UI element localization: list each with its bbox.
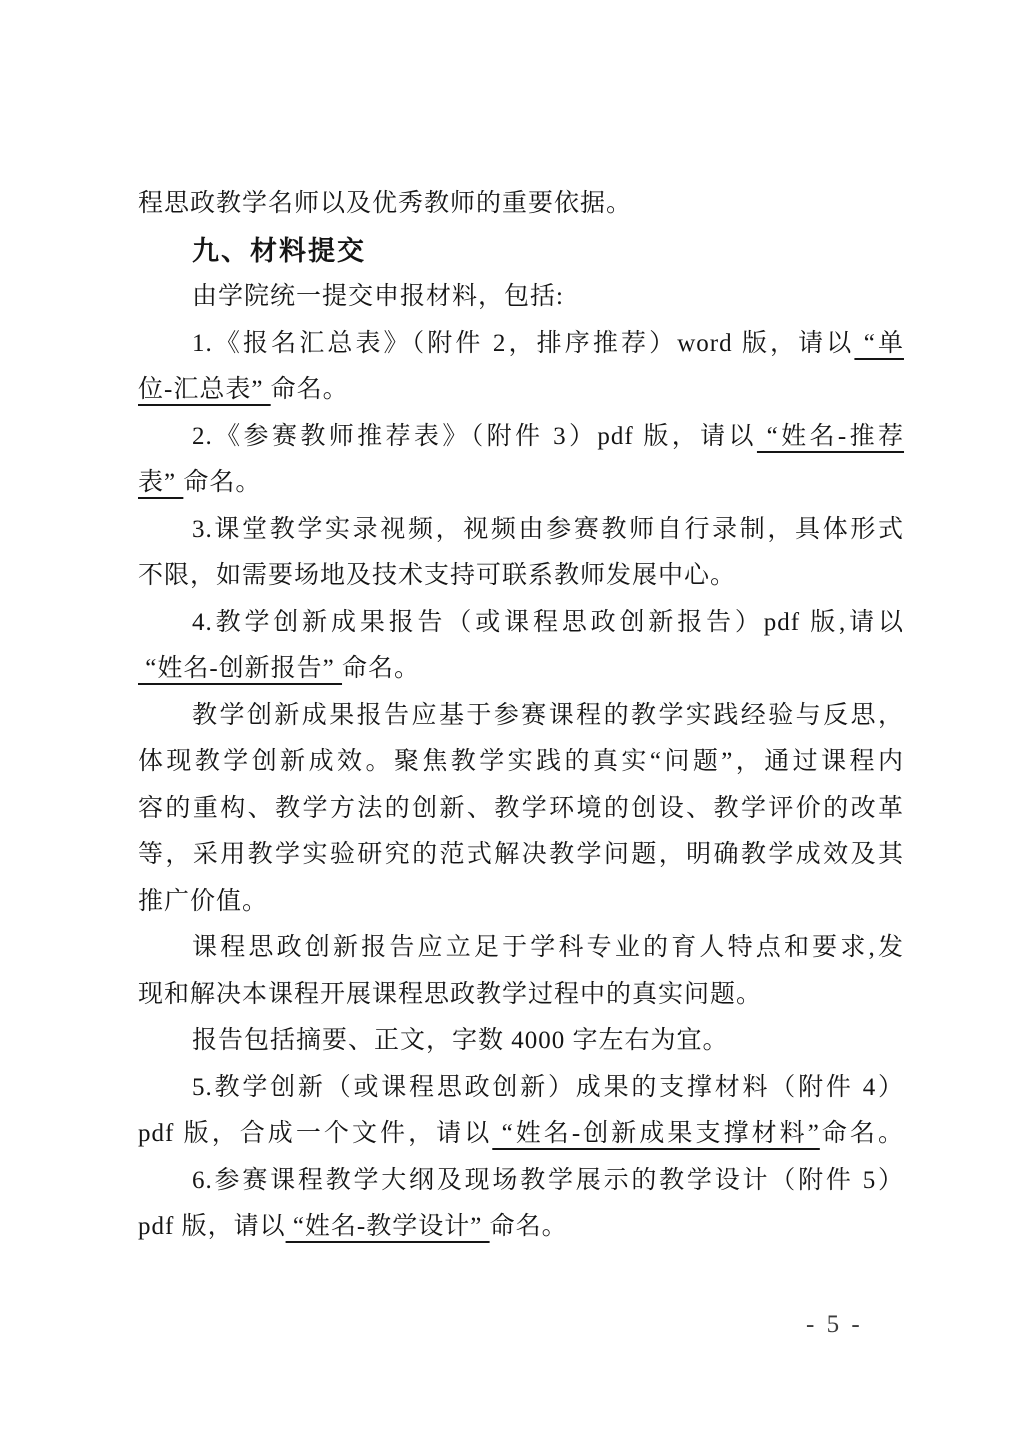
underlined-filename: 表” (138, 469, 183, 496)
text-line: 3.课堂教学实录视频，视频由参赛教师自行录制，具体形式 (138, 507, 904, 554)
page-number: - 5 - (806, 1311, 863, 1339)
text-segment: 命名。 (271, 376, 349, 403)
text-segment: 报告包括摘要、正文，字数 4000 字左右为宜。 (192, 1027, 729, 1054)
text-line: 程思政教学名师以及优秀教师的重要依据。 (138, 181, 904, 228)
text-segment: pdf 版，请以 (138, 1213, 286, 1240)
text-line: pdf 版，请以 “姓名-教学设计” 命名。 (138, 1204, 904, 1251)
text-line: 1.《报名汇总表》（附件 2，排序推荐）word 版，请以 “单 (138, 321, 904, 368)
underlined-filename: “姓名-创新报告” (138, 655, 342, 682)
text-line: 表” 命名。 (138, 460, 904, 507)
text-segment: 命名。 (342, 655, 420, 682)
text-line: “姓名-创新报告” 命名。 (138, 646, 904, 693)
text-line: 2.《参赛教师推荐表》（附件 3）pdf 版，请以 “姓名-推荐 (138, 414, 904, 461)
underlined-filename: “姓名-教学设计” (286, 1213, 490, 1240)
text-line: 容的重构、教学方法的创新、教学环境的创设、教学评价的改革 (138, 786, 904, 833)
text-segment: 九、材料提交 (192, 236, 366, 266)
text-line: 位-汇总表” 命名。 (138, 367, 904, 414)
text-segment: 命名。 (820, 1120, 904, 1147)
text-segment: 容的重构、教学方法的创新、教学环境的创设、教学评价的改革 (138, 795, 904, 822)
text-line: 4.教学创新成果报告（或课程思政创新报告）pdf 版,请以 (138, 600, 904, 647)
text-segment: 3.课堂教学实录视频，视频由参赛教师自行录制，具体形式 (192, 516, 904, 543)
text-segment: 不限，如需要场地及技术支持可联系教师发展中心。 (138, 562, 736, 589)
text-segment: 5.教学创新（或课程思政创新）成果的支撑材料（附件 4） (192, 1074, 904, 1101)
text-segment: 命名。 (490, 1213, 568, 1240)
text-line: 推广价值。 (138, 879, 904, 926)
document-page: 程思政教学名师以及优秀教师的重要依据。九、材料提交由学院统一提交申报材料，包括:… (0, 0, 1024, 1448)
text-segment: 课程思政创新报告应立足于学科专业的育人特点和要求,发 (192, 934, 904, 961)
text-segment: 教学创新成果报告应基于参赛课程的教学实践经验与反思， (192, 702, 904, 729)
text-line: 体现教学创新成效。聚焦教学实践的真实“问题”，通过课程内 (138, 739, 904, 786)
underlined-filename: 位-汇总表” (138, 376, 271, 403)
text-line: 由学院统一提交申报材料，包括: (138, 274, 904, 321)
text-segment: 推广价值。 (138, 888, 268, 915)
text-segment: 2.《参赛教师推荐表》（附件 3）pdf 版，请以 (192, 423, 757, 450)
text-segment: 体现教学创新成效。聚焦教学实践的真实“问题”，通过课程内 (138, 748, 904, 775)
text-line: 教学创新成果报告应基于参赛课程的教学实践经验与反思， (138, 693, 904, 740)
text-segment: 现和解决本课程开展课程思政教学过程中的真实问题。 (138, 981, 762, 1008)
text-line: 课程思政创新报告应立足于学科专业的育人特点和要求,发 (138, 925, 904, 972)
text-line: pdf 版，合成一个文件，请以 “姓名-创新成果支撑材料”命名。 (138, 1111, 904, 1158)
text-line: 不限，如需要场地及技术支持可联系教师发展中心。 (138, 553, 904, 600)
text-segment: 1.《报名汇总表》（附件 2，排序推荐）word 版，请以 (192, 330, 854, 357)
text-segment: 6.参赛课程教学大纲及现场教学展示的教学设计（附件 5） (192, 1167, 904, 1194)
text-segment: 程思政教学名师以及优秀教师的重要依据。 (138, 190, 632, 217)
document-body: 程思政教学名师以及优秀教师的重要依据。九、材料提交由学院统一提交申报材料，包括:… (138, 181, 904, 1251)
text-segment: 4.教学创新成果报告（或课程思政创新报告）pdf 版,请以 (192, 609, 904, 636)
text-segment: 由学院统一提交申报材料，包括: (192, 283, 564, 310)
underlined-filename: “姓名-创新成果支撑材料” (492, 1120, 820, 1147)
underlined-filename: “姓名-推荐 (757, 423, 904, 450)
text-line: 5.教学创新（或课程思政创新）成果的支撑材料（附件 4） (138, 1065, 904, 1112)
section-heading: 九、材料提交 (138, 228, 904, 275)
text-line: 现和解决本课程开展课程思政教学过程中的真实问题。 (138, 972, 904, 1019)
text-line: 6.参赛课程教学大纲及现场教学展示的教学设计（附件 5） (138, 1158, 904, 1205)
text-segment: 等，采用教学实验研究的范式解决教学问题，明确教学成效及其 (138, 841, 904, 868)
text-segment: 命名。 (183, 469, 261, 496)
underlined-filename: “单 (854, 330, 904, 357)
text-line: 等，采用教学实验研究的范式解决教学问题，明确教学成效及其 (138, 832, 904, 879)
text-segment: pdf 版，合成一个文件，请以 (138, 1120, 492, 1147)
text-line: 报告包括摘要、正文，字数 4000 字左右为宜。 (138, 1018, 904, 1065)
